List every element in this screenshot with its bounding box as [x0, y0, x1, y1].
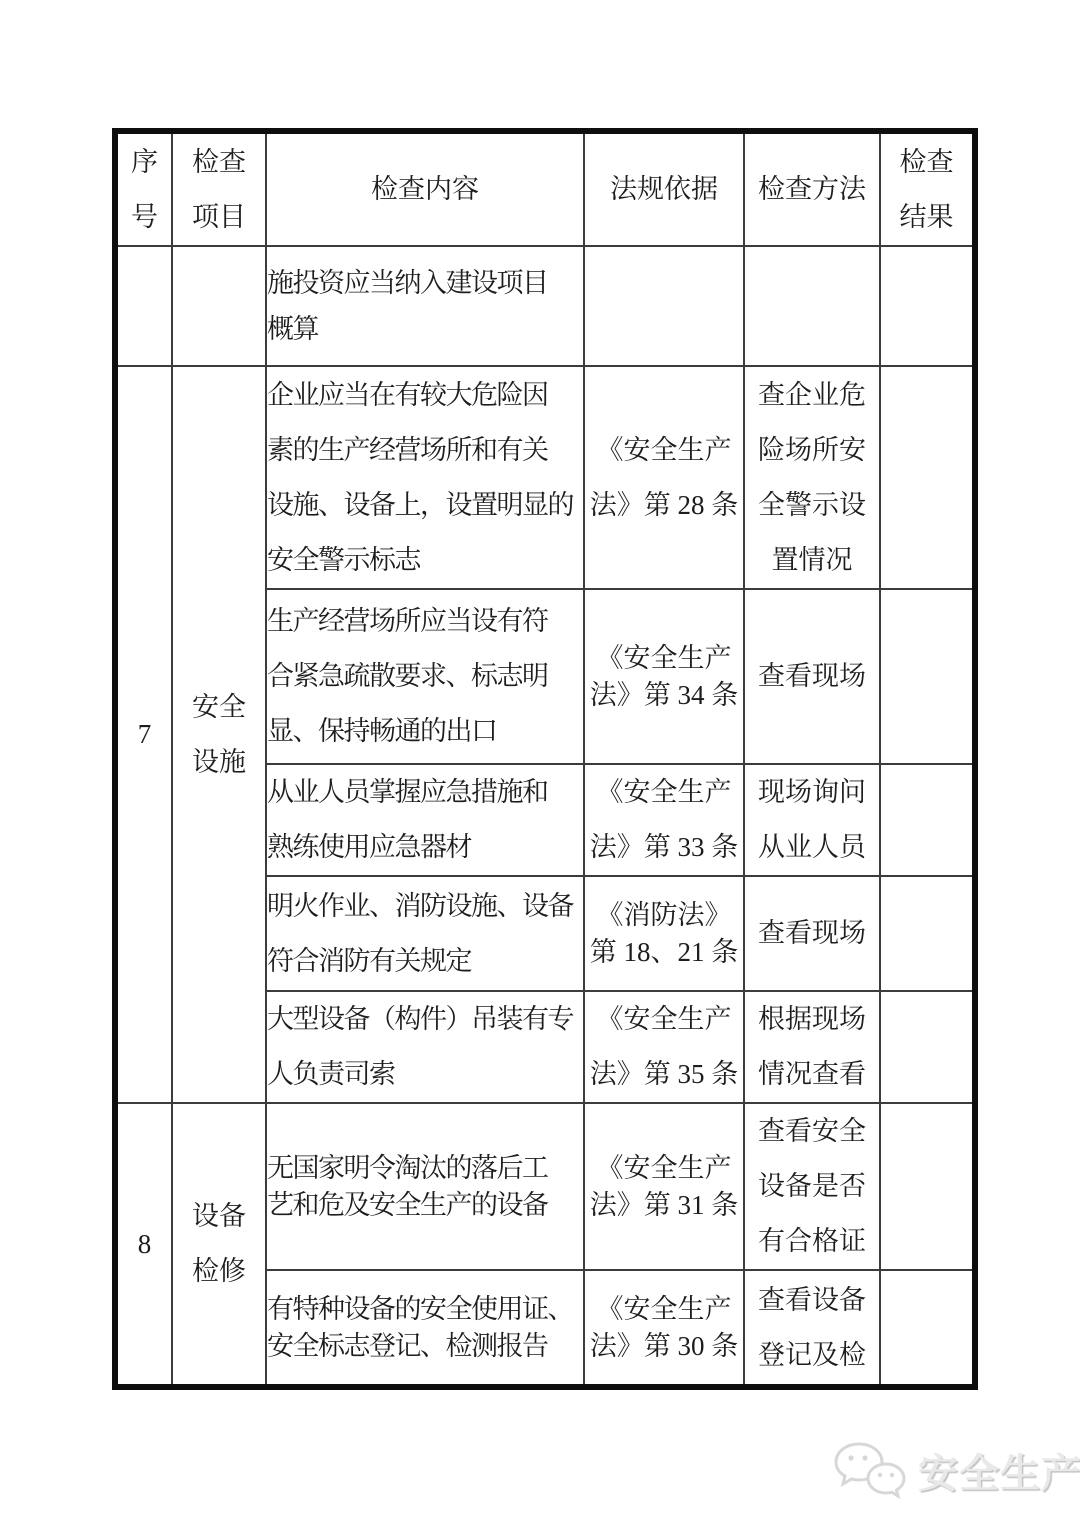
header-inspection-item: 检查 项目 — [172, 131, 266, 246]
inspection-result-cell — [880, 764, 975, 876]
header-inspection-result: 检查 结果 — [880, 131, 975, 246]
inspection-item-cell — [172, 246, 266, 366]
legal-basis-cell: 《安全生产 法》第 34 条 — [584, 589, 744, 764]
inspection-item-cell: 安全 设施 — [172, 366, 266, 1103]
legal-basis-cell: 《安全生产 法》第 33 条 — [584, 764, 744, 876]
legal-basis-cell: 《安全生产 法》第 35 条 — [584, 991, 744, 1103]
inspection-content-cell: 企业应当在有较大危险因 素的生产经营场所和有关 设施、设备上，设置明显的 安全警… — [266, 366, 584, 589]
inspection-content-cell: 明火作业、消防设施、设备 符合消防有关规定 — [266, 876, 584, 991]
wechat-icon — [832, 1440, 906, 1500]
inspection-content-cell: 有特种设备的安全使用证、 安全标志登记、检测报告 — [266, 1270, 584, 1387]
table-row: 7 安全 设施 企业应当在有较大危险因 素的生产经营场所和有关 设施、设备上，设… — [115, 366, 975, 589]
serial-number-cell — [115, 246, 172, 366]
inspection-result-cell — [880, 876, 975, 991]
table-header-row: 序 号 检查 项目 检查内容 法规依据 检查方法 检查 结果 — [115, 131, 975, 246]
header-inspection-method: 检查方法 — [744, 131, 880, 246]
inspection-item-cell: 设备 检修 — [172, 1103, 266, 1387]
inspection-method-cell: 现场询问 从业人员 — [744, 764, 880, 876]
inspection-content-cell: 大型设备（构件）吊装有专 人负责司索 — [266, 991, 584, 1103]
inspection-result-cell — [880, 1270, 975, 1387]
inspection-method-cell: 根据现场 情况查看 — [744, 991, 880, 1103]
brand-watermark-text: 安全生产技术 — [918, 1442, 1080, 1499]
inspection-content-cell: 无国家明令淘汰的落后工 艺和危及安全生产的设备 — [266, 1103, 584, 1270]
inspection-method-cell: 查看现场 — [744, 589, 880, 764]
inspection-result-cell — [880, 589, 975, 764]
inspection-result-cell — [880, 246, 975, 366]
inspection-method-cell: 查看现场 — [744, 876, 880, 991]
header-serial-number: 序 号 — [115, 131, 172, 246]
inspection-method-cell: 查看设备 登记及检 — [744, 1270, 880, 1387]
legal-basis-cell: 《安全生产 法》第 31 条 — [584, 1103, 744, 1270]
inspection-result-cell — [880, 366, 975, 589]
brand-watermark: 安全生产技术 — [832, 1440, 1080, 1500]
header-inspection-content: 检查内容 — [266, 131, 584, 246]
serial-number-cell: 8 — [115, 1103, 172, 1387]
legal-basis-cell — [584, 246, 744, 366]
inspection-method-cell — [744, 246, 880, 366]
table-row: 8 设备 检修 无国家明令淘汰的落后工 艺和危及安全生产的设备 《安全生产 法》… — [115, 1103, 975, 1270]
inspection-method-cell: 查企业危 险场所安 全警示设 置情况 — [744, 366, 880, 589]
legal-basis-cell: 《消防法》 第 18、21 条 — [584, 876, 744, 991]
serial-number-cell: 7 — [115, 366, 172, 1103]
legal-basis-cell: 《安全生产 法》第 30 条 — [584, 1270, 744, 1387]
inspection-content-cell: 施投资应当纳入建设项目 概算 — [266, 246, 584, 366]
inspection-method-cell: 查看安全 设备是否 有合格证 — [744, 1103, 880, 1270]
inspection-result-cell — [880, 991, 975, 1103]
legal-basis-cell: 《安全生产 法》第 28 条 — [584, 366, 744, 589]
inspection-content-cell: 从业人员掌握应急措施和 熟练使用应急器材 — [266, 764, 584, 876]
inspection-content-cell: 生产经营场所应当设有符 合紧急疏散要求、标志明 显、保持畅通的出口 — [266, 589, 584, 764]
header-legal-basis: 法规依据 — [584, 131, 744, 246]
scanned-document-page: 序 号 检查 项目 检查内容 法规依据 检查方法 检查 结果 施投资应当纳入建设… — [0, 0, 1080, 1526]
inspection-result-cell — [880, 1103, 975, 1270]
inspection-checklist-table: 序 号 检查 项目 检查内容 法规依据 检查方法 检查 结果 施投资应当纳入建设… — [112, 128, 978, 1390]
table-row: 施投资应当纳入建设项目 概算 — [115, 246, 975, 366]
